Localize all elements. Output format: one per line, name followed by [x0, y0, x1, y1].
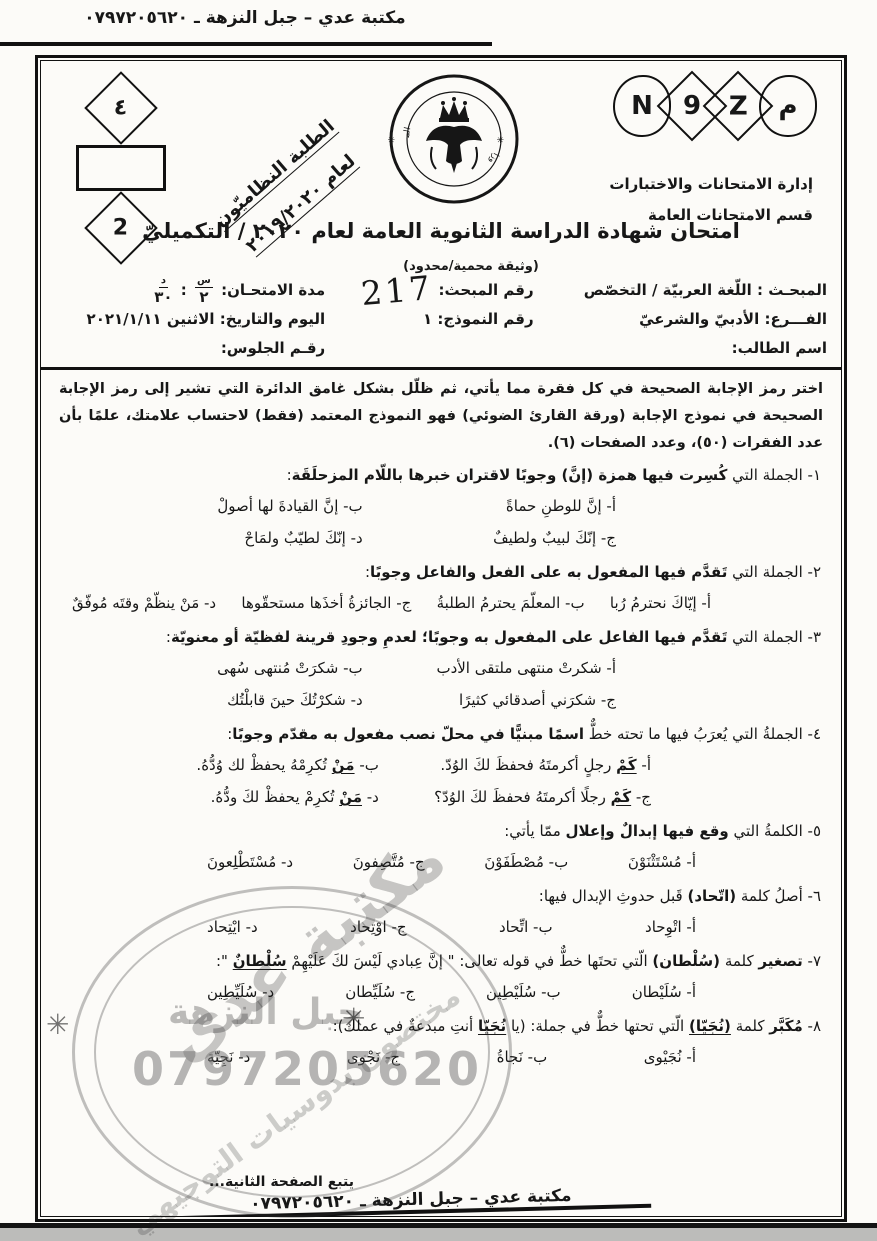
continue-note: يتبع الصفحة الثانية... — [209, 1174, 354, 1190]
option-a: أ- سُلَيْطان — [632, 980, 696, 1005]
right-code-shapes: م Z 9 N — [617, 75, 817, 137]
duration-sep: : — [181, 281, 187, 299]
duration-minutes: د٣٠ — [154, 276, 172, 305]
option-a: أ- كَمْ رجلٍ أكرمتَهُ فحفظَ لكَ الوُدّ. — [379, 753, 651, 778]
scan-bottom-edge — [0, 1228, 877, 1241]
question-4: ٤- الجملةُ التي يُعرَبُ فيها ما تحته خطٌ… — [57, 722, 821, 810]
question-3-text: ٣- الجملة التي تَقدَّم فيها الفاعل على ا… — [57, 625, 821, 649]
question-2: ٢- الجملة التي تَقدَّم فيها المفعول به ع… — [57, 560, 821, 616]
hours-unit: س — [195, 276, 213, 288]
option-d: د- إنّكَ لطيّبٌ ولمَاحْ — [77, 526, 363, 551]
code-value: م — [778, 91, 797, 121]
option-d: د- مَنْ ينظّمْ وقتَه مُوفّقٌ — [72, 591, 216, 616]
question-8-options: أ- نُجَيْوى ب- نَجاةُ ج- نَجْوى د- نَجِي… — [57, 1045, 821, 1070]
question-2-options: أ- إيّاكَ نحترمُ رُبا ب- المعلّمَ يحترمُ… — [57, 591, 821, 616]
option-a: أ- إيّاكَ نحترمُ رُبا — [610, 591, 711, 616]
question-6-options: أ- اتْوِحاد ب- اتِّحاد ج- اوْتِحاد د- اي… — [57, 915, 821, 940]
question-6: ٦- أصلُ كلمة (اتّحاد) قَبل حدوثِ الإبدال… — [57, 884, 821, 940]
option-c: ج- إنّكَ لبيبٌ ولطيفٌ — [363, 526, 616, 551]
blank-code-box — [76, 145, 166, 191]
date-label: اليوم والتاريخ: — [220, 310, 325, 328]
option-d: د- مَنْ تُكرِمْ يحفظْ لكَ ودُّهُ. — [72, 785, 379, 810]
exam-frame-inner: ٤ 2 الطلبة النظاميّون لعام ٢٠١٩/٢٠٢٠ — [40, 60, 842, 1217]
option-d: د- مُسْتَطْلِعونَ — [207, 850, 293, 875]
option-b: ب- مَنْ تُكرِمْهُ يحفظْ لك وُدُّهُ. — [72, 753, 379, 778]
code-diamond-9: 9 — [657, 71, 728, 142]
question-8: ٨- مُكَبَّر كلمة (نُجَيّا) الّتي تحتها خ… — [57, 1014, 821, 1070]
exam-frame: ٤ 2 الطلبة النظاميّون لعام ٢٠١٩/٢٠٢٠ — [35, 55, 847, 1222]
option-c: ج- مُتَّصِفونَ — [353, 850, 425, 875]
code-value: ٤ — [114, 96, 127, 121]
ministry-seal-icon: المملكة الأردنية الهاشمية وزارة التربيـة… — [388, 73, 520, 205]
question-2-text: ٢- الجملة التي تَقدَّم فيها المفعول به ع… — [57, 560, 821, 584]
minutes-unit: د — [159, 276, 168, 288]
department-line1: إدارة الامتحانات والاختبارات — [609, 169, 813, 200]
scanned-exam-page: مكتبة عدي – جبل النزهة ـ ٠٧٩٧٢٠٥٦٢٠ ٤ 2 … — [0, 0, 877, 1241]
question-7-options: أ- سُلَيْطان ب- سُلَيْطِين ج- سُلَيِّطان… — [57, 980, 821, 1005]
option-b: ب- مُصْطَفَوْنَ — [484, 850, 568, 875]
ministry-logo: المملكة الأردنية الهاشمية وزارة التربيـة… — [388, 73, 520, 205]
option-c: ج- كَمْ رجلًا أكرمتَهُ فحفظَ لكَ الوُدّ؟ — [379, 785, 651, 810]
subject-value: اللّغة العربيّة / التخصّص — [584, 281, 752, 299]
duration-hours: س٢ — [195, 276, 213, 305]
option-b: ب- سُلَيْطِين — [486, 980, 561, 1005]
option-a: أ- إنَّ للوطنِ حماةً — [363, 494, 616, 519]
date-value: الاثنين ٢٠٢١/١/١١ — [87, 310, 215, 328]
library-header: مكتبة عدي – جبل النزهة ـ ٠٧٩٧٢٠٥٦٢٠ — [30, 8, 460, 28]
question-1: ١- الجملة التي كُسِرت فيها همزة (إنَّ) و… — [57, 463, 821, 551]
question-1-options: أ- إنَّ للوطنِ حماةً ب- إنَّ القيادةَ له… — [57, 494, 821, 551]
option-b: ب- شكرَتْ مُنتهى سُهى — [77, 656, 363, 681]
meta-subject-col: المبحـث : اللّغة العربيّة / التخصّص الفـ… — [534, 276, 827, 363]
question-5-text: ٥- الكلمةُ التي وقع فيها إبدالٌ وإعلال م… — [57, 819, 821, 843]
form-no-label: رقم النموذج: — [437, 310, 533, 328]
option-d: د- سُلَيِّطِين — [207, 980, 274, 1005]
questions-list: ١- الجملة التي كُسِرت فيها همزة (إنَّ) و… — [55, 457, 827, 1070]
meta-schedule-col: مدة الامتحـان: س٢ : د٣٠ اليوم والتاريخ: … — [55, 276, 325, 363]
option-b: ب- نَجاةُ — [497, 1045, 548, 1070]
code-value: N — [631, 91, 653, 121]
option-a: أ- شكرتْ منتهى ملتقى الأدب — [363, 656, 616, 681]
exam-title: امتحان شهادة الدراسة الثانوية العامة لعا… — [55, 219, 827, 243]
header-rule — [0, 42, 492, 46]
question-7-text: ٧- تصغير كلمة (سُلْطان) الّتي تحتَها خطٌ… — [57, 949, 821, 973]
option-c: ج- سُلَيِّطان — [345, 980, 415, 1005]
meta-numbers-col: رقم المبحث: 217 رقم النموذج: ١ — [325, 276, 533, 363]
question-3-options: أ- شكرتْ منتهى ملتقى الأدب ب- شكرَتْ مُن… — [57, 656, 821, 713]
option-d: د- شكرْتُكَ حينَ قابلْتُك — [77, 688, 363, 713]
question-5: ٥- الكلمةُ التي وقع فيها إبدالٌ وإعلال م… — [57, 819, 821, 875]
option-b: ب- إنَّ القيادةَ لها أصولْ — [77, 494, 363, 519]
svg-text:✳: ✳ — [388, 136, 395, 146]
branch-label: الفـــرع: — [764, 310, 827, 328]
form-no-value: ١ — [423, 310, 432, 328]
question-1-text: ١- الجملة التي كُسِرت فيها همزة (إنَّ) و… — [57, 463, 821, 487]
option-c: ج- اوْتِحاد — [350, 915, 406, 940]
svg-text:✳: ✳ — [496, 136, 504, 146]
code-value: 9 — [683, 91, 701, 121]
code-value: Z — [729, 91, 748, 121]
question-7: ٧- تصغير كلمة (سُلْطان) الّتي تحتَها خطٌ… — [57, 949, 821, 1005]
exam-meta: المبحـث : اللّغة العربيّة / التخصّص الفـ… — [55, 276, 827, 363]
question-6-text: ٦- أصلُ كلمة (اتّحاد) قَبل حدوثِ الإبدال… — [57, 884, 821, 908]
question-4-text: ٤- الجملةُ التي يُعرَبُ فيها ما تحته خطٌ… — [57, 722, 821, 746]
option-d: د- ايْتِحاد — [207, 915, 258, 940]
subject-no-label: رقم المبحث: — [439, 281, 534, 299]
question-3: ٣- الجملة التي تَقدَّم فيها الفاعل على ا… — [57, 625, 821, 713]
instructions: اختر رمز الإجابة الصحيحة في كل فقرة مما … — [55, 376, 827, 457]
option-a: أ- مُسْتَثْنَوْنَ — [628, 850, 696, 875]
seat-no-label: رقـم الجلوس: — [221, 339, 325, 357]
branch-value: الأدبيّ والشرعيّ — [639, 310, 759, 328]
subject-no-value: 217 — [361, 277, 434, 303]
option-b: ب- اتِّحاد — [499, 915, 553, 940]
option-b: ب- المعلّمَ يحترمُ الطلبةُ — [437, 591, 585, 616]
option-d: د- نَجِيّة — [207, 1045, 250, 1070]
option-a: أ- اتْوِحاد — [645, 915, 696, 940]
option-c: ج- شكرَني أصدقائي كثيرًا — [363, 688, 616, 713]
exam-header: ٤ 2 الطلبة النظاميّون لعام ٢٠١٩/٢٠٢٠ — [55, 71, 827, 259]
option-c: ج- الجائزةُ أخذَها مستحقّوها — [241, 591, 411, 616]
code-diamond-top: ٤ — [84, 71, 158, 145]
option-a: أ- نُجَيْوى — [644, 1045, 696, 1070]
question-8-text: ٨- مُكَبَّر كلمة (نُجَيّا) الّتي تحتها خ… — [57, 1014, 821, 1038]
student-name-label: اسم الطالب: — [732, 339, 827, 357]
question-4-options: أ- كَمْ رجلٍ أكرمتَهُ فحفظَ لكَ الوُدّ. … — [57, 753, 821, 810]
option-c: ج- نَجْوى — [347, 1045, 400, 1070]
meta-divider — [41, 367, 841, 370]
question-5-options: أ- مُسْتَثْنَوْنَ ب- مُصْطَفَوْنَ ج- مُت… — [57, 850, 821, 875]
subject-label: المبحـث : — [757, 281, 827, 299]
